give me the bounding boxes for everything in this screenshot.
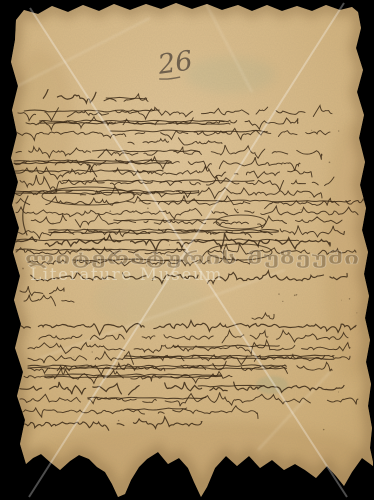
ink-speck (310, 197, 311, 198)
ink-speck (338, 392, 339, 393)
ink-speck (38, 124, 39, 125)
ink-speck (284, 364, 285, 365)
ink-speck (115, 136, 116, 137)
ink-speck (44, 112, 45, 113)
ink-speck (50, 346, 51, 347)
ink-speck (147, 207, 149, 209)
page-number-text: 26 (155, 45, 194, 81)
ink-speck (296, 294, 298, 296)
ink-speck (329, 161, 331, 163)
ink-speck (118, 420, 119, 421)
watermark-english-text: Literature Museum (30, 265, 223, 285)
ink-speck (52, 223, 53, 224)
ink-speck (73, 357, 74, 358)
ink-speck (92, 231, 93, 232)
ink-speck (30, 183, 31, 184)
ink-speck (301, 209, 302, 210)
manuscript-canvas: 26 ლიტერატურის მუზეუმი Literature Museum (0, 0, 374, 500)
page-number: 26 (155, 45, 194, 81)
ink-speck (338, 130, 339, 131)
ink-speck (294, 294, 296, 296)
ink-speck (109, 210, 111, 212)
ink-speck (60, 174, 61, 175)
ink-speck (92, 351, 93, 352)
ink-speck (356, 312, 357, 313)
ink-speck (323, 429, 324, 430)
ink-speck (61, 151, 62, 152)
ink-speck (311, 130, 312, 131)
ink-speck (341, 300, 342, 301)
manuscript-photo: 26 ლიტერატურის მუზეუმი Literature Museum (0, 0, 374, 500)
ink-speck (169, 244, 170, 245)
ink-speck (349, 298, 350, 299)
ink-speck (237, 209, 238, 210)
ink-speck (282, 301, 283, 302)
ink-speck (278, 293, 279, 294)
